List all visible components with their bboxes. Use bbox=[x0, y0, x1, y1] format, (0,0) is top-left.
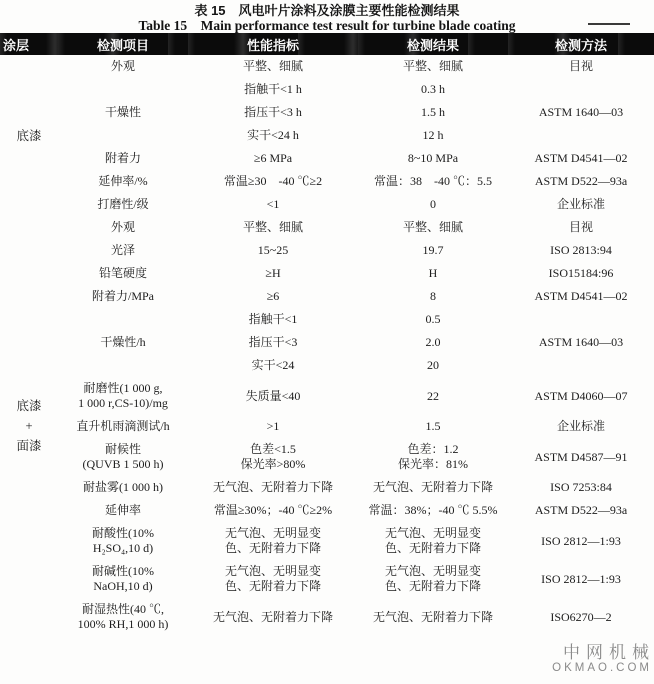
result-cell: 1.5 h bbox=[358, 101, 508, 124]
method-cell: ASTM 1640—03 bbox=[508, 308, 654, 377]
result-cell: 1.5 bbox=[358, 415, 508, 438]
item-cell: 外观 bbox=[58, 55, 188, 78]
result-cell: 色差：1.2 保光率：81% bbox=[358, 438, 508, 476]
result-cell: 8~10 MPa bbox=[358, 147, 508, 170]
spec-cell: 指压干<3 bbox=[188, 331, 358, 354]
method-cell: ISO 2812—1:93 bbox=[508, 560, 654, 598]
spec-cell: 平整、细腻 bbox=[188, 216, 358, 239]
table-title-zh: 表 15 风电叶片涂料及涂膜主要性能检测结果 bbox=[0, 3, 654, 18]
header-test-method: 检测方法 bbox=[508, 33, 654, 55]
spec-cell: 实干<24 bbox=[188, 354, 358, 377]
spec-cell: 无气泡、无明显变 色、无附着力下降 bbox=[188, 560, 358, 598]
spec-cell: 平整、细腻 bbox=[188, 55, 358, 78]
method-cell: ISO15184:96 bbox=[508, 262, 654, 285]
spec-cell: 色差<1.5 保光率>80% bbox=[188, 438, 358, 476]
spec-cell: 指压干<3 h bbox=[188, 101, 358, 124]
header-performance-index: 性能指标 bbox=[188, 33, 358, 55]
item-cell: 耐湿热性(40 ℃, 100% RH,1 000 h) bbox=[58, 598, 188, 636]
result-cell: 平整、细腻 bbox=[358, 55, 508, 78]
spec-cell: ≥H bbox=[188, 262, 358, 285]
spec-cell: ≥6 MPa bbox=[188, 147, 358, 170]
result-cell: 常温：38 -40 ℃：5.5 bbox=[358, 170, 508, 193]
table-row: 打磨性/级 <1 0 企业标准 bbox=[0, 193, 654, 216]
table-row: 底漆 外观 平整、细腻 平整、细腻 目视 bbox=[0, 55, 654, 78]
table-row: 直升机雨滴测试/h >1 1.5 企业标准 bbox=[0, 415, 654, 438]
spec-cell: 失质量<40 bbox=[188, 377, 358, 415]
method-cell: ASTM 1640—03 bbox=[508, 78, 654, 147]
result-cell: 0 bbox=[358, 193, 508, 216]
item-cell: 附着力 bbox=[58, 147, 188, 170]
spec-cell: 无气泡、无明显变 色、无附着力下降 bbox=[188, 522, 358, 560]
table-row: 附着力/MPa ≥6 8 ASTM D4541—02 bbox=[0, 285, 654, 308]
result-cell: 22 bbox=[358, 377, 508, 415]
method-cell: ASTM D522—93a bbox=[508, 499, 654, 522]
result-cell: 无气泡、无明显变 色、无附着力下降 bbox=[358, 560, 508, 598]
table-row: 耐酸性(10% H₂SO₄,10 d) 无气泡、无明显变 色、无附着力下降 无气… bbox=[0, 522, 654, 560]
layer-cell-primer: 底漆 bbox=[0, 55, 58, 216]
watermark-brand: 中网机械 bbox=[552, 644, 654, 662]
header-row: 涂层 检测项目 性能指标 检测结果 检测方法 bbox=[0, 33, 654, 55]
spec-cell: >1 bbox=[188, 415, 358, 438]
method-cell: ISO 2812—1:93 bbox=[508, 522, 654, 560]
result-cell: H bbox=[358, 262, 508, 285]
item-cell: 打磨性/级 bbox=[58, 193, 188, 216]
table-titles: 表 15 风电叶片涂料及涂膜主要性能检测结果 Table 15 Main per… bbox=[0, 0, 654, 33]
result-cell: 0.3 h bbox=[358, 78, 508, 101]
item-cell: 干燥性 bbox=[58, 78, 188, 147]
item-cell: 延伸率 bbox=[58, 499, 188, 522]
item-cell: 耐酸性(10% H₂SO₄,10 d) bbox=[58, 522, 188, 560]
result-cell: 常温：38%；-40 ℃ 5.5% bbox=[358, 499, 508, 522]
item-cell: 外观 bbox=[58, 216, 188, 239]
method-cell: ISO 2813:94 bbox=[508, 239, 654, 262]
method-cell: ISO 7253:84 bbox=[508, 476, 654, 499]
spec-cell: 15~25 bbox=[188, 239, 358, 262]
result-cell: 2.0 bbox=[358, 331, 508, 354]
method-cell: 目视 bbox=[508, 216, 654, 239]
table-row: 附着力 ≥6 MPa 8~10 MPa ASTM D4541—02 bbox=[0, 147, 654, 170]
spec-cell: <1 bbox=[188, 193, 358, 216]
layer-cell-primer-topcoat: 底漆 + 面漆 bbox=[0, 216, 58, 636]
item-cell: 延伸率/% bbox=[58, 170, 188, 193]
item-cell: 耐碱性(10% NaOH,10 d) bbox=[58, 560, 188, 598]
spec-cell: 常温≥30%；-40 ℃≥2% bbox=[188, 499, 358, 522]
table-row: 干燥性 指触干<1 h 0.3 h ASTM 1640—03 bbox=[0, 78, 654, 101]
table-row: 耐湿热性(40 ℃, 100% RH,1 000 h) 无气泡、无附着力下降 无… bbox=[0, 598, 654, 636]
item-cell: 干燥性/h bbox=[58, 308, 188, 377]
spec-cell: 常温≥30 -40 ℃≥2 bbox=[188, 170, 358, 193]
result-cell: 平整、细腻 bbox=[358, 216, 508, 239]
method-cell: 目视 bbox=[508, 55, 654, 78]
item-cell: 耐候性 (QUVB 1 500 h) bbox=[58, 438, 188, 476]
method-cell: ASTM D4587—91 bbox=[508, 438, 654, 476]
method-cell: 企业标准 bbox=[508, 193, 654, 216]
spec-cell: 无气泡、无附着力下降 bbox=[188, 598, 358, 636]
header-test-item: 检测项目 bbox=[58, 33, 188, 55]
result-cell: 无气泡、无附着力下降 bbox=[358, 476, 508, 499]
method-cell: ASTM D522—93a bbox=[508, 170, 654, 193]
table-row: 耐碱性(10% NaOH,10 d) 无气泡、无明显变 色、无附着力下降 无气泡… bbox=[0, 560, 654, 598]
header-layer: 涂层 bbox=[0, 33, 58, 55]
result-cell: 8 bbox=[358, 285, 508, 308]
method-cell: ASTM D4060—07 bbox=[508, 377, 654, 415]
item-cell: 铅笔硬度 bbox=[58, 262, 188, 285]
item-cell: 光泽 bbox=[58, 239, 188, 262]
method-cell: 企业标准 bbox=[508, 415, 654, 438]
item-cell: 直升机雨滴测试/h bbox=[58, 415, 188, 438]
table-row: 耐盐雾(1 000 h) 无气泡、无附着力下降 无气泡、无附着力下降 ISO 7… bbox=[0, 476, 654, 499]
result-cell: 20 bbox=[358, 354, 508, 377]
method-cell: ASTM D4541—02 bbox=[508, 285, 654, 308]
header-test-result: 检测结果 bbox=[358, 33, 508, 55]
spec-cell: 指触干<1 bbox=[188, 308, 358, 331]
spec-cell: 无气泡、无附着力下降 bbox=[188, 476, 358, 499]
table-row: 光泽 15~25 19.7 ISO 2813:94 bbox=[0, 239, 654, 262]
performance-table: 涂层 检测项目 性能指标 检测结果 检测方法 底漆 外观 平整、细腻 平整、细腻… bbox=[0, 33, 654, 636]
result-cell: 无气泡、无明显变 色、无附着力下降 bbox=[358, 522, 508, 560]
spec-cell: 实干<24 h bbox=[188, 124, 358, 147]
scan-artifact-line bbox=[588, 23, 630, 25]
table-row: 延伸率/% 常温≥30 -40 ℃≥2 常温：38 -40 ℃：5.5 ASTM… bbox=[0, 170, 654, 193]
method-cell: ISO6270—2 bbox=[508, 598, 654, 636]
method-cell: ASTM D4541—02 bbox=[508, 147, 654, 170]
result-cell: 0.5 bbox=[358, 308, 508, 331]
item-cell: 耐磨性(1 000 g, 1 000 r,CS-10)/mg bbox=[58, 377, 188, 415]
spec-cell: ≥6 bbox=[188, 285, 358, 308]
item-cell: 附着力/MPa bbox=[58, 285, 188, 308]
table-row: 干燥性/h 指触干<1 0.5 ASTM 1640—03 bbox=[0, 308, 654, 331]
watermark: 中网机械 OKMAO.COM bbox=[552, 644, 649, 675]
table-row: 耐候性 (QUVB 1 500 h) 色差<1.5 保光率>80% 色差：1.2… bbox=[0, 438, 654, 476]
result-cell: 19.7 bbox=[358, 239, 508, 262]
table-row: 底漆 + 面漆 外观 平整、细腻 平整、细腻 目视 bbox=[0, 216, 654, 239]
watermark-site: OKMAO.COM bbox=[552, 662, 652, 675]
table-row: 延伸率 常温≥30%；-40 ℃≥2% 常温：38%；-40 ℃ 5.5% AS… bbox=[0, 499, 654, 522]
document-page: 表 15 风电叶片涂料及涂膜主要性能检测结果 Table 15 Main per… bbox=[0, 0, 654, 684]
result-cell: 无气泡、无附着力下降 bbox=[358, 598, 508, 636]
item-cell: 耐盐雾(1 000 h) bbox=[58, 476, 188, 499]
spec-cell: 指触干<1 h bbox=[188, 78, 358, 101]
result-cell: 12 h bbox=[358, 124, 508, 147]
table-row: 铅笔硬度 ≥H H ISO15184:96 bbox=[0, 262, 654, 285]
table-row: 耐磨性(1 000 g, 1 000 r,CS-10)/mg 失质量<40 22… bbox=[0, 377, 654, 415]
table-title-en: Table 15 Main performance test result fo… bbox=[0, 18, 654, 33]
